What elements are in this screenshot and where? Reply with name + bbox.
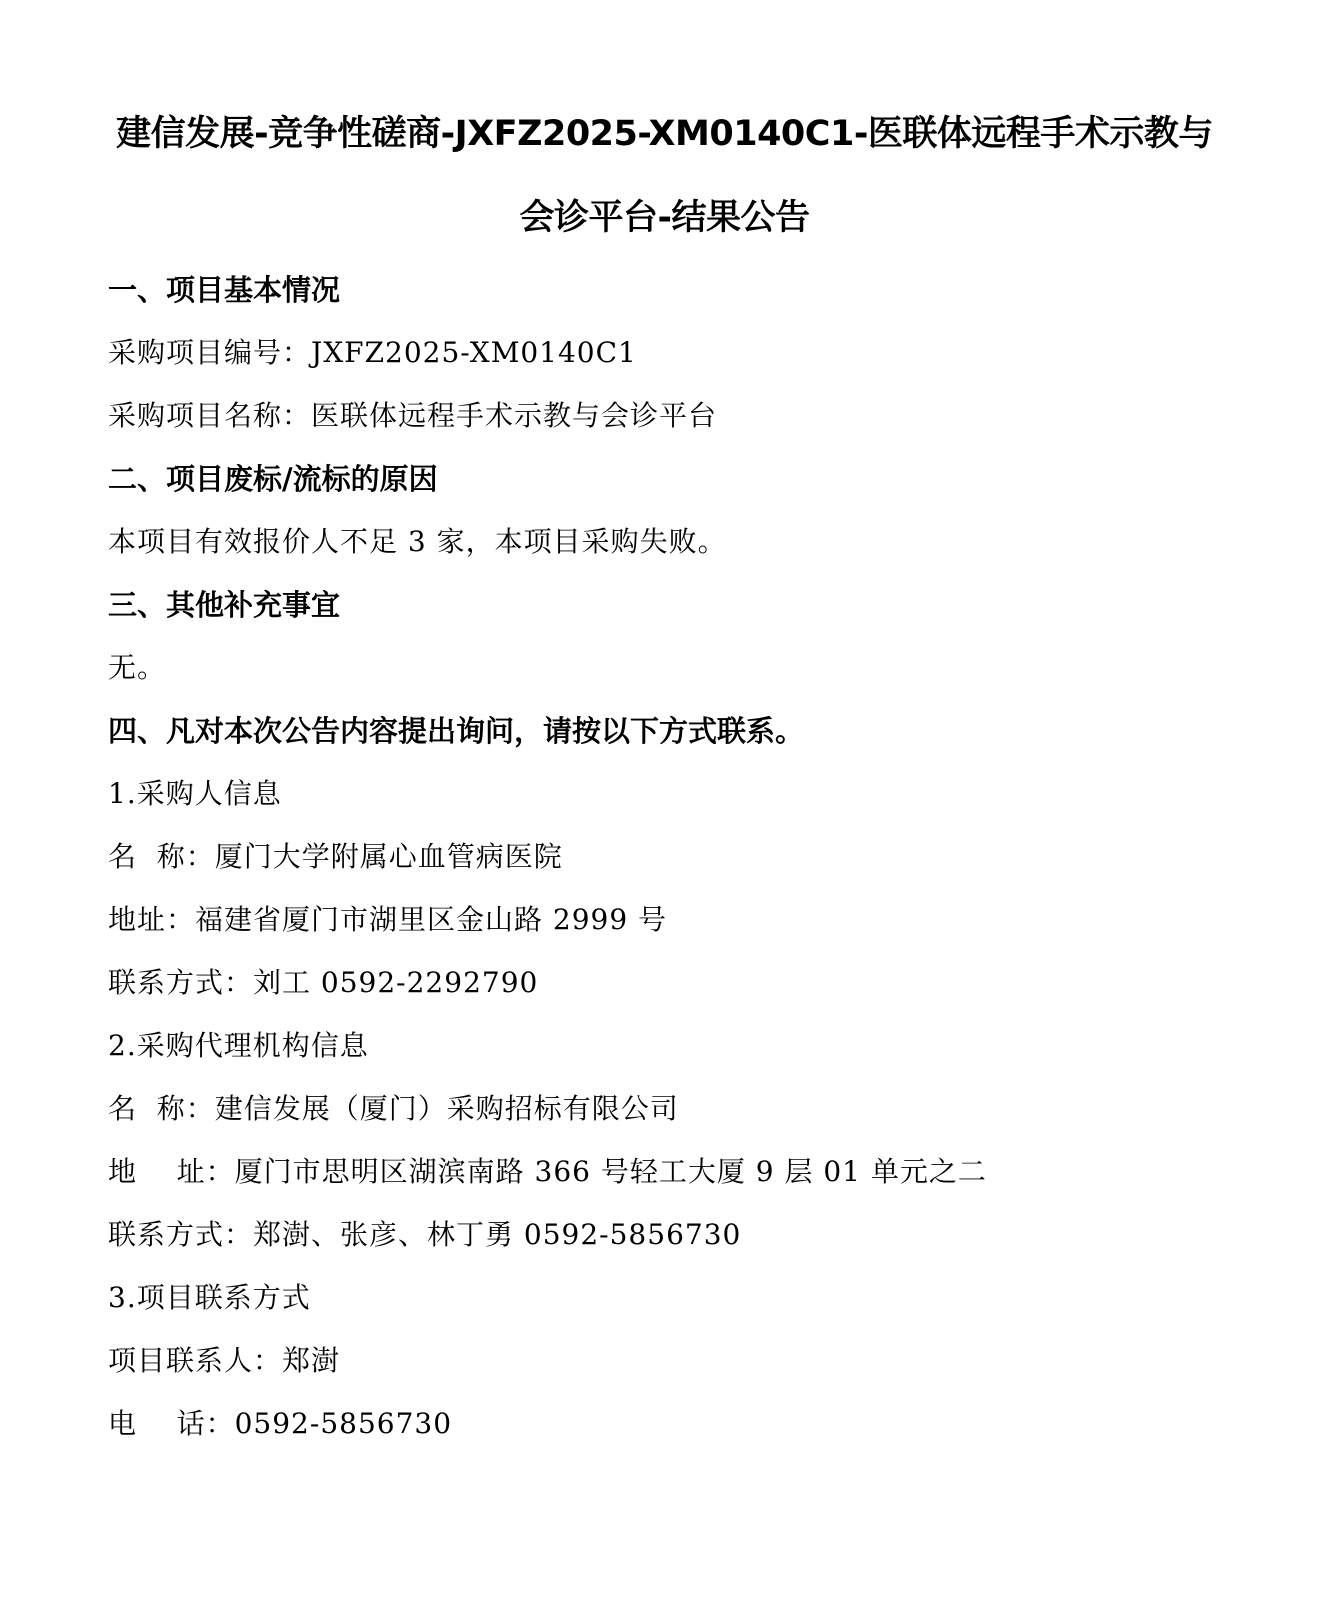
failure-reason-text: 本项目有效报价人不足 3 家，本项目采购失败。 [108,522,727,562]
agency-info-heading: 2.采购代理机构信息 [108,1026,369,1066]
agency-address: 地 址：厦门市思明区湖滨南路 366 号轻工大厦 9 层 01 单元之二 [108,1152,987,1192]
project-name: 采购项目名称：医联体远程手术示教与会诊平台 [108,396,717,436]
document-page: 建信发展-竞争性磋商-JXFZ2025-XM0140C1-医联体远程手术示教与 … [0,0,1329,1620]
project-number: 采购项目编号：JXFZ2025-XM0140C1 [108,333,637,373]
purchaser-info-heading: 1.采购人信息 [108,774,282,814]
agency-name: 名 称：建信发展（厦门）采购招标有限公司 [108,1089,679,1129]
section-heading-basic-info: 一、项目基本情况 [108,270,340,310]
purchaser-name: 名 称：厦门大学附属心血管病医院 [108,837,563,877]
agency-contact: 联系方式：郑澍、张彦、林丁勇 0592-5856730 [108,1215,741,1255]
purchaser-address: 地址：福建省厦门市湖里区金山路 2999 号 [108,900,667,940]
project-contact-phone: 电 话：0592-5856730 [108,1404,452,1444]
section-heading-other-matters: 三、其他补充事宜 [108,585,340,625]
project-contact-heading: 3.项目联系方式 [108,1278,311,1318]
purchaser-contact: 联系方式：刘工 0592-2292790 [108,963,538,1003]
document-title-line-2: 会诊平台-结果公告 [60,196,1269,240]
section-heading-contact: 四、凡对本次公告内容提出询问，请按以下方式联系。 [108,711,804,751]
section-heading-failure-reason: 二、项目废标/流标的原因 [108,459,438,499]
document-title-line-1: 建信发展-竞争性磋商-JXFZ2025-XM0140C1-医联体远程手术示教与 [60,112,1269,156]
project-contact-person: 项目联系人：郑澍 [108,1341,340,1381]
other-matters-text: 无。 [108,648,166,688]
